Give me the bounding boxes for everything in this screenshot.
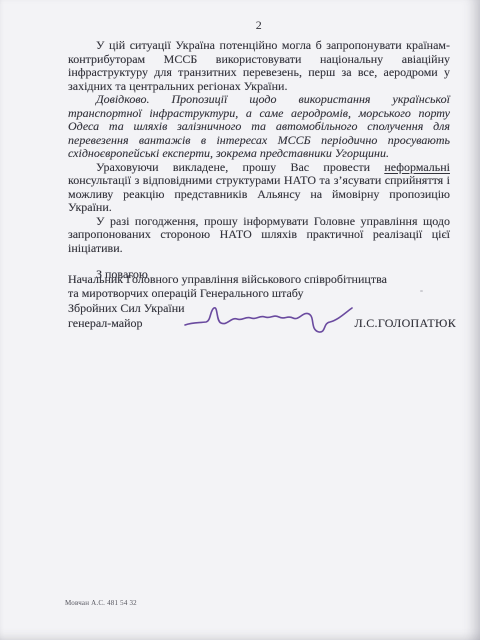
- signature-block: Начальник Головного управління військово…: [68, 272, 456, 330]
- underlined-word-informal: неформальні: [384, 160, 450, 174]
- signer-rank: генерал-майор: [68, 316, 143, 330]
- page-number: 2: [68, 18, 450, 33]
- paragraph-reference-note: Довідково. Пропозиції щодо використання …: [68, 93, 450, 161]
- letter-body: У цій ситуації Україна потенційно могла …: [68, 39, 450, 282]
- scan-speck: [420, 290, 423, 292]
- consultations-text-after: консультації з відповідними структурами …: [68, 173, 450, 214]
- signer-position-line-2: та миротворчих операцій Генерального шта…: [68, 286, 456, 300]
- signer-name: Л.С.ГОЛОПАТЮК: [355, 316, 457, 330]
- signer-position-line-1: Начальник Головного управління військово…: [68, 272, 456, 286]
- signer-position-line-3: Збройних Сил України: [68, 301, 456, 315]
- consultations-text-before: Ураховуючи викладене, прошу Вас провести: [96, 160, 384, 174]
- scanned-letter-page: 2 У цій ситуації Україна потенційно могл…: [0, 0, 480, 640]
- paragraph-request-inform: У разі погодження, прошу інформувати Гол…: [68, 215, 450, 256]
- paragraph-consultations: Ураховуючи викладене, прошу Вас провести…: [68, 161, 450, 215]
- executor-contact: Мовчан А.С. 481 54 32: [65, 599, 137, 607]
- paragraph-transit-proposal: У цій ситуації Україна потенційно могла …: [68, 39, 450, 93]
- signature-row: генерал-майор Л.С.ГОЛОПАТЮК: [68, 316, 456, 330]
